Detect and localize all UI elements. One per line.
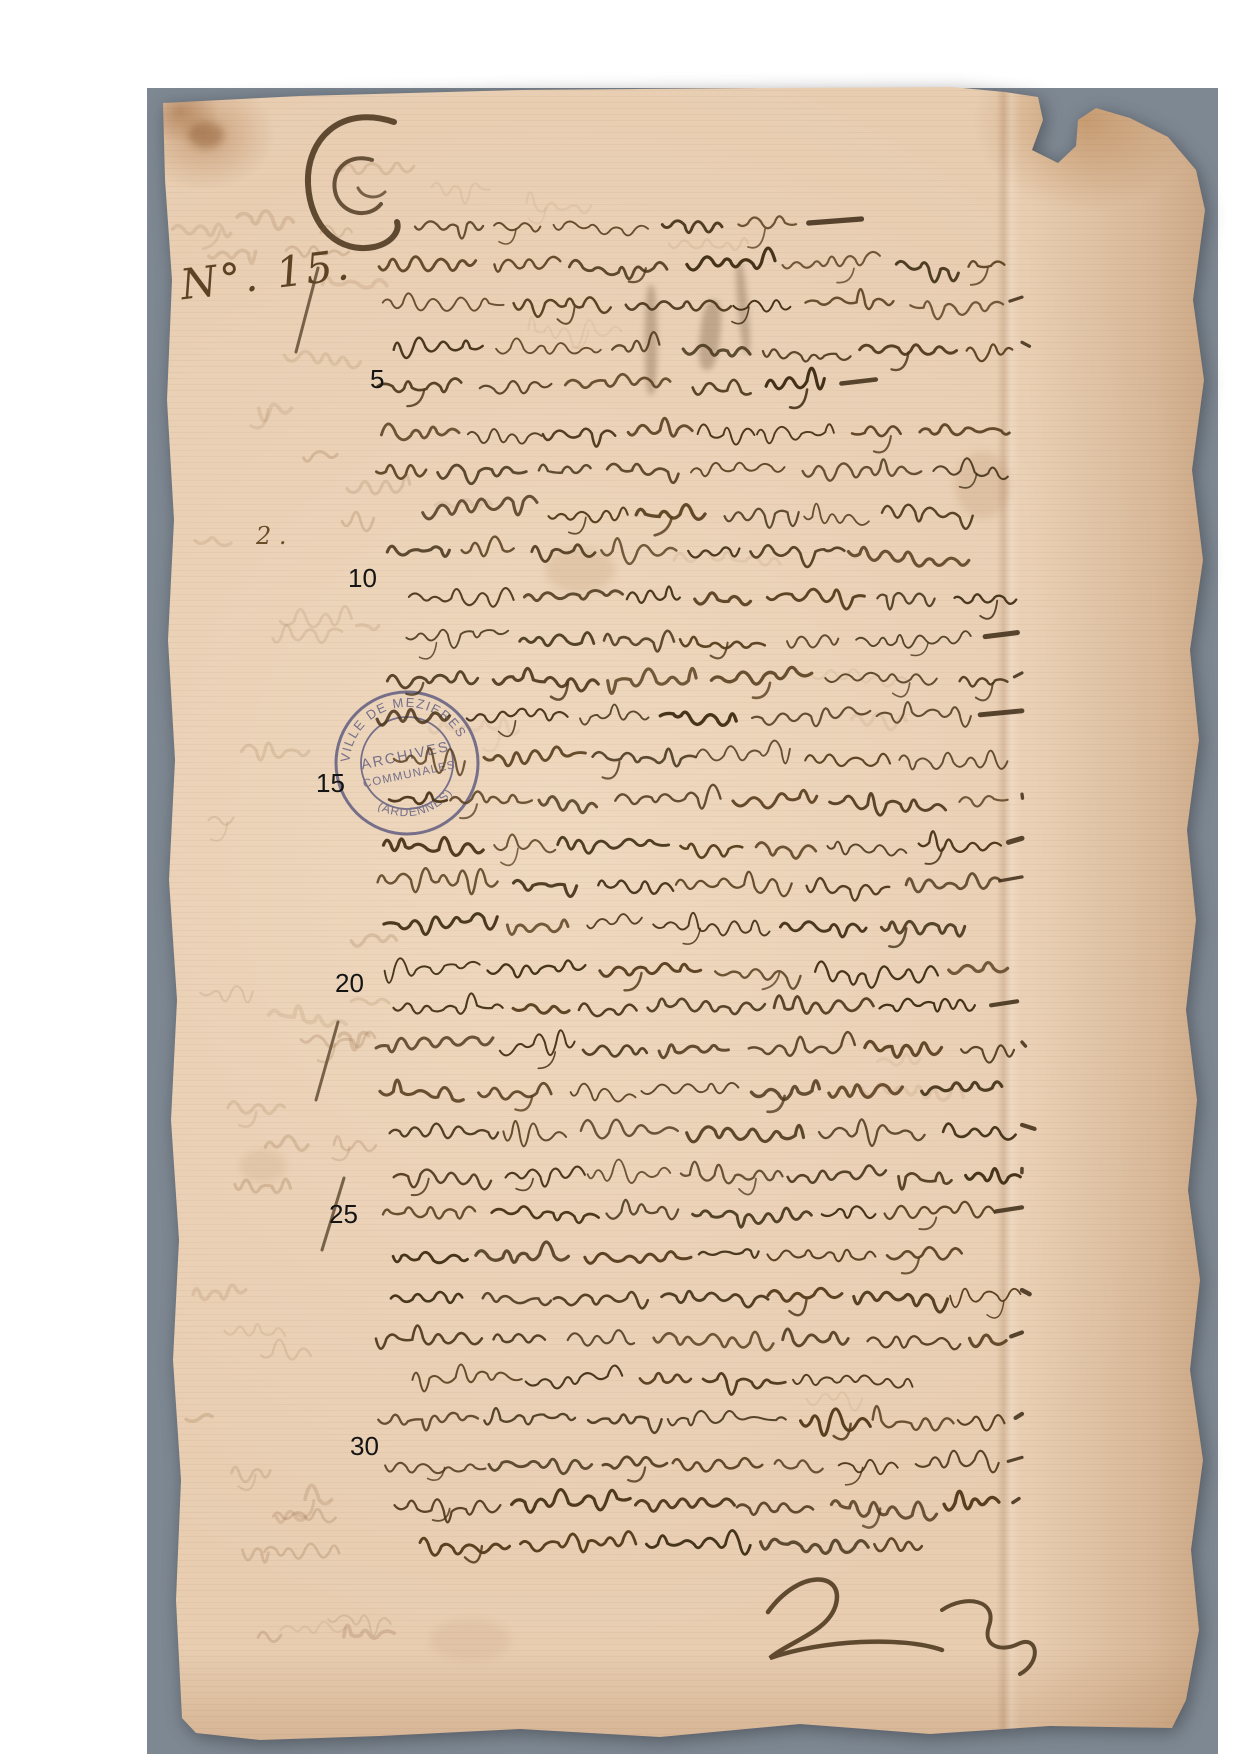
line-number-10: 10 xyxy=(348,565,377,591)
signature-paraph xyxy=(768,1579,1035,1674)
manuscript-paper: VILLE DE MEZIERES (ARDENNES) ARCHIVES CO… xyxy=(0,0,1239,1754)
initial-c-flourish xyxy=(308,117,398,248)
line-number-30: 30 xyxy=(350,1433,379,1459)
line-number-20: 20 xyxy=(335,970,364,996)
margin-mark: 2 . xyxy=(256,522,287,550)
line-number-5: 5 xyxy=(370,366,384,392)
line-number-25: 25 xyxy=(329,1201,358,1227)
paper-shadow-wrap: VILLE DE MEZIERES (ARDENNES) ARCHIVES CO… xyxy=(0,0,1239,1754)
line-number-15: 15 xyxy=(316,770,345,796)
scanned-document-page: VILLE DE MEZIERES (ARDENNES) ARCHIVES CO… xyxy=(0,0,1239,1754)
